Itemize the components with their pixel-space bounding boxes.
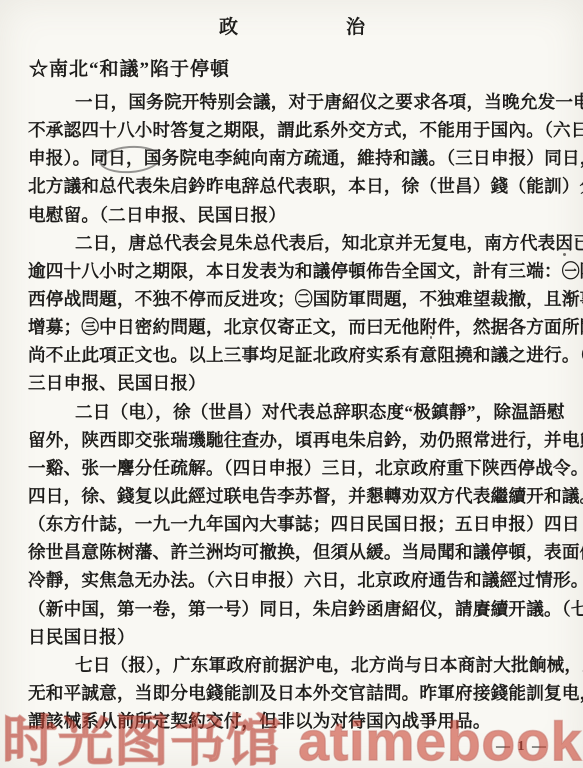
page-number: — 1 — xyxy=(496,739,548,755)
text-line: 不承認四十八小时答复之期限，謂此系外交方式，不能用于国內。（六日 xyxy=(28,116,558,144)
section-heading: ☆南北“和議”陷于停頓 xyxy=(29,54,230,81)
text-line: 尚不止此項正文也。以上三事均足証北政府实系有意阻撓和議之进行。（ xyxy=(28,341,558,369)
page-title-right-char: 治 xyxy=(346,12,365,39)
text-line: 日民国日报） xyxy=(28,623,558,651)
text-line: 一日，国务院开特别会議，对于唐紹仪之要求各項，当晚允发一电 xyxy=(28,88,558,116)
text-line: 謂該械系从前所定契約交付，但非以为对待国內战爭用品。 xyxy=(28,707,558,735)
text-line: （东方什誌，一九一九年国內大事誌；四日民国日报；五日申报）四日（电） xyxy=(28,510,558,538)
text-line: 冷靜，实焦急无办法。（六日申报）六日，北京政府通告和議經过情形。 xyxy=(28,566,558,594)
text-line: 逾四十八小时之期限，本日发表为和議停頓佈告全国文，計有三端：㊀陕 xyxy=(28,257,558,285)
text-line: 留外，陕西即交张瑞璣馳往查办，頃再电朱启鈐，劝仍照常进行，并电熊 xyxy=(28,426,558,454)
scan-speck xyxy=(487,296,489,299)
text-line: 七日（报），广东軍政府前据沪电，北方尚与日本商討大批餉械，显 xyxy=(28,651,558,679)
scanned-document-page: 政 治 ☆南北“和議”陷于停頓 一日，国务院开特别会議，对于唐紹仪之要求各項，当… xyxy=(0,0,583,768)
page-title: 政 治 xyxy=(219,12,365,39)
text-line: 一谿、张一麐分任疏解。（四日申报）三日，北京政府重下陕西停战令。 xyxy=(28,454,558,482)
text-line: 北方議和总代表朱启鈐昨电辞总代表职，本日，徐（世昌）錢（能訓）分 xyxy=(28,172,558,200)
text-line: 四日，徐、錢复以此經过联电告李苏督，并懇轉劝双方代表繼續开和議。 xyxy=(28,482,558,510)
text-line: 二日（电），徐（世昌）对代表总辞职态度“极鎮靜”，除温語慰 xyxy=(28,398,558,426)
text-line: 电慰留。（二日申报、民国日报） xyxy=(28,201,558,229)
text-body: 一日，国务院开特别会議，对于唐紹仪之要求各項，当晚允发一电不承認四十八小时答复之… xyxy=(28,88,558,735)
text-line: 无和平誠意，当即分电錢能訓及日本外交官詰問。昨軍府接錢能訓复电， xyxy=(28,679,558,707)
scan-speck xyxy=(563,253,566,256)
text-line: 增募；㊂中日密約問題，北京仅寄正文，而曰无他附件，然据各方面所聞， xyxy=(28,313,558,341)
text-line: （新中国，第一卷，第一号）同日，朱启鈐函唐紹仪，請賡續开議。（七 xyxy=(28,595,558,623)
text-line: 三日申报、民国日报） xyxy=(28,369,558,397)
page-title-left-char: 政 xyxy=(219,12,238,39)
text-line: 西停战問題，不独不停而反进攻；㊁国防軍問題，不独难望裁撤，且渐事 xyxy=(28,285,558,313)
text-line: 二日，唐总代表会見朱总代表后，知北京并无复电，南方代表因已 xyxy=(28,229,558,257)
text-line: 徐世昌意陈树藩、許兰洲均可撤换，但須从緩。当局聞和議停頓，表面似 xyxy=(28,538,558,566)
scan-speck xyxy=(430,336,432,339)
